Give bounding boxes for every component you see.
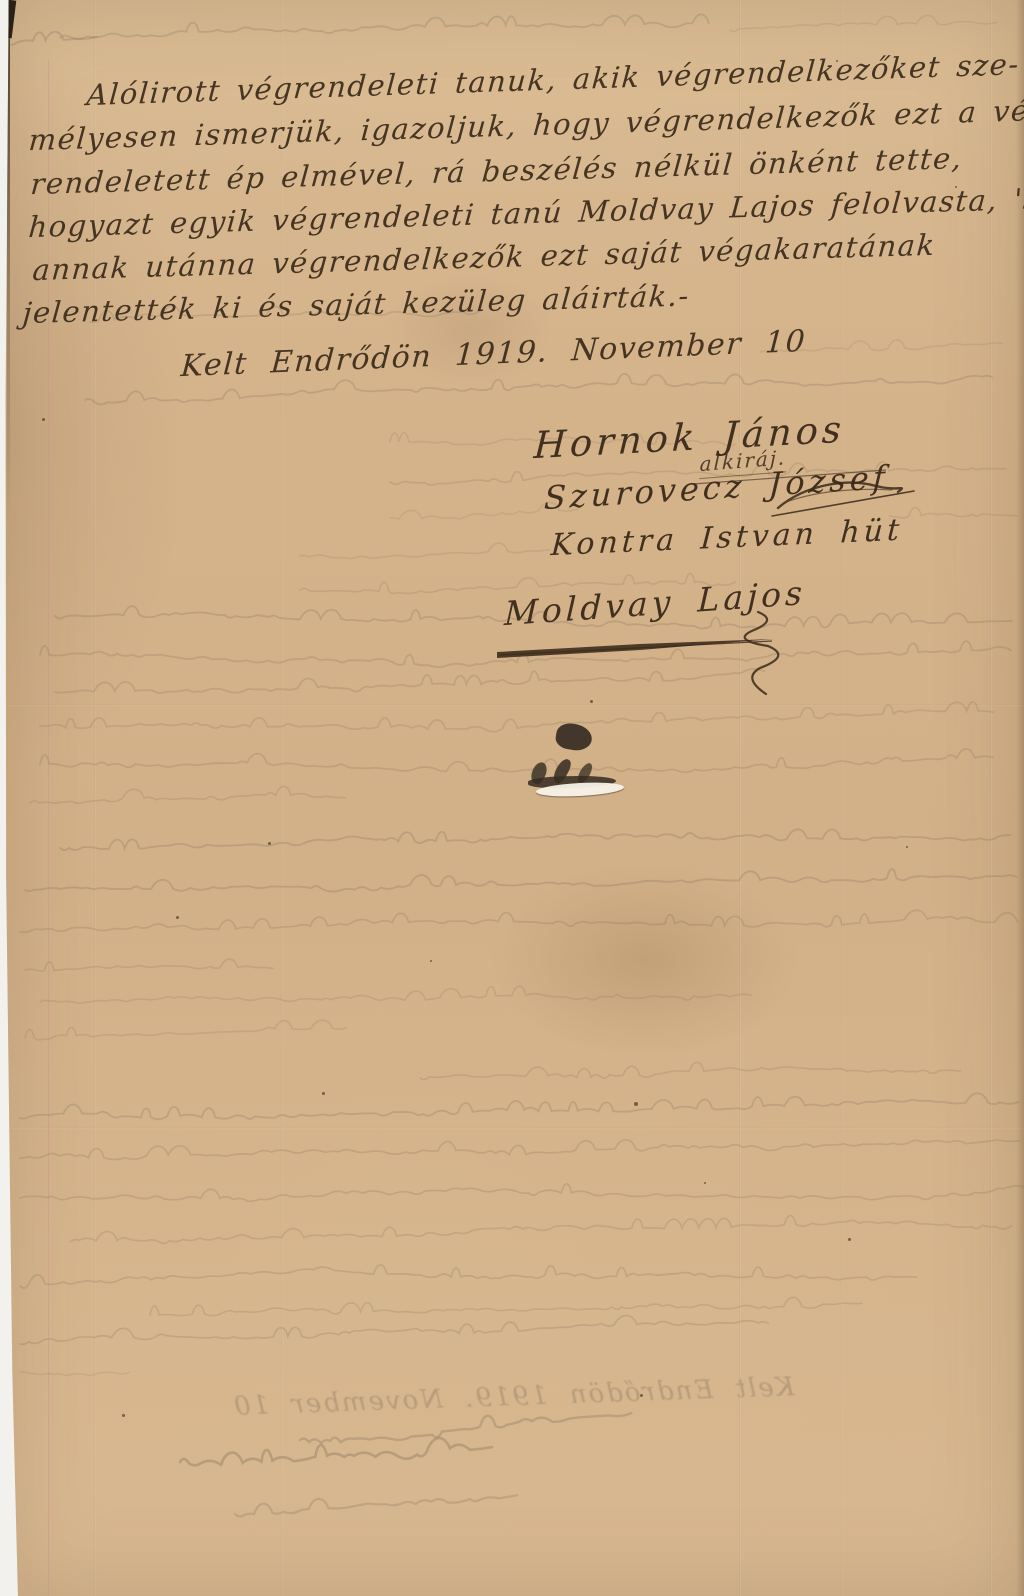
dirt-speck — [634, 1102, 638, 1106]
paper-left-edge-shadow — [7, 0, 10, 520]
bleedthrough-line — [20, 1255, 917, 1294]
bleedthrough-line — [8, 30, 97, 44]
dateline: Kelt Endrődön 1919. November 10 — [180, 324, 808, 384]
horizontal-crease — [0, 704, 1024, 706]
vertical-crease — [281, 0, 283, 1596]
bleedthrough-line — [20, 1175, 1024, 1215]
dirt-speck — [704, 1182, 706, 1184]
bleedthrough-line — [30, 785, 346, 804]
bleedthrough-line — [25, 865, 1017, 897]
bleedthrough-line — [40, 629, 1011, 674]
bleedthrough-line — [20, 902, 1018, 940]
dirt-speck — [268, 842, 271, 845]
dirt-speck — [430, 960, 432, 962]
bleedthrough-line — [25, 958, 273, 972]
bleedthrough-line — [150, 1294, 862, 1320]
horizontal-crease — [0, 1127, 1024, 1129]
bleedthrough-line — [60, 13, 709, 39]
bleedthrough-line — [234, 1485, 517, 1518]
bleedthrough-mirrored-dateline: Kelt Endrődön 1919. November 10 — [232, 1372, 795, 1422]
dirt-speck — [836, 60, 838, 62]
bleedthrough-line — [300, 542, 550, 559]
bleedthrough-line — [70, 1212, 1012, 1246]
signature-moldvay-lajos: Moldvay Lajos — [504, 573, 807, 633]
bleedthrough-line — [40, 982, 751, 1011]
bleedthrough-line — [60, 822, 1011, 856]
dirt-speck — [955, 186, 957, 188]
paper-right-edge-shadow — [1016, 0, 1024, 1596]
ink-blot — [554, 721, 594, 752]
bleedthrough-line — [180, 1430, 493, 1479]
bleedthrough-line — [40, 738, 993, 783]
dirt-speck — [42, 418, 45, 421]
bleedthrough-line — [55, 665, 765, 699]
bleedthrough-line — [20, 1370, 130, 1377]
vertical-crease — [990, 0, 992, 1596]
bleedthrough-line — [40, 702, 994, 740]
dirt-speck — [176, 916, 179, 919]
bleedthrough-line — [25, 1019, 347, 1040]
scanned-document: Alólirott végrendeleti tanuk, akik végre… — [0, 0, 1024, 1596]
signature-kontra-istvan: Kontra Istvan hüt — [550, 513, 904, 564]
dirt-speck — [322, 1092, 325, 1095]
bleedthrough-line — [890, 506, 1018, 519]
paper-sheet: Alólirott végrendeleti tanuk, akik végre… — [0, 0, 1024, 1596]
dirt-speck — [906, 846, 908, 848]
ruled-margin-line — [48, 60, 49, 1596]
dirt-speck — [848, 1238, 851, 1241]
bleedthrough-line — [730, 14, 997, 31]
dirt-speck — [590, 700, 593, 703]
bleedthrough-line — [20, 1088, 1019, 1123]
dirt-speck — [122, 1414, 125, 1417]
paper-corner-mark — [3, 0, 17, 38]
manuscript-line: jelentették ki és saját kezüleg aláirták… — [21, 279, 691, 331]
bleedthrough-line — [20, 1131, 1020, 1163]
bleedthrough-line — [20, 1313, 769, 1344]
signature-hornok-janos: Hornok János — [533, 408, 846, 467]
bleedthrough-line — [420, 1058, 961, 1082]
dirt-speck — [640, 1394, 643, 1397]
